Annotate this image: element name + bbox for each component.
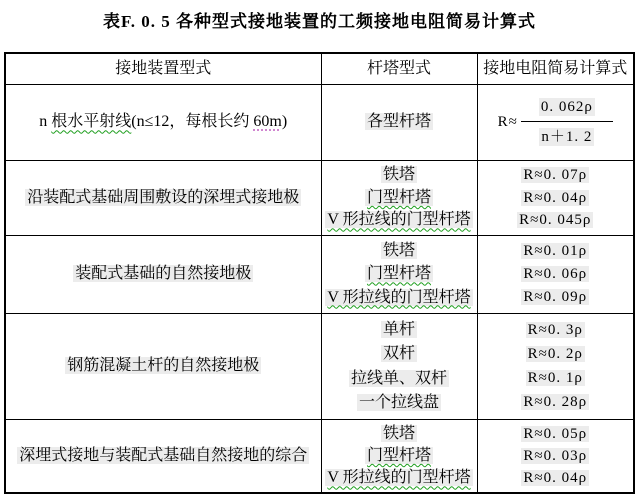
formula-label: R≈0. 3ρ xyxy=(526,322,585,338)
fraction: 0. 062ρn＋1. 2 xyxy=(521,98,613,146)
tower-stack: 各型杆塔 xyxy=(322,86,477,158)
table-row: 深埋式接地与装配式基础自然接地的综合铁塔门型杆塔V 形拉线的门型杆塔R≈0. 0… xyxy=(5,419,634,493)
device-cell: 钢筋混凝土杆的自然接地极 xyxy=(5,313,321,419)
tower-type-line: V 形拉线的门型杆塔 xyxy=(325,288,472,307)
towers-cell: 铁塔门型杆塔V 形拉线的门型杆塔 xyxy=(321,419,477,493)
formula-label: R≈0. 06ρ xyxy=(521,266,589,282)
tower-type-label: 各型杆塔 xyxy=(365,113,433,130)
formula-line: R≈0. 04ρ xyxy=(521,189,589,207)
tower-type-label: 门型杆塔 xyxy=(365,189,433,206)
tower-stack: 单杆双杆拉线单、双杆一个拉线盘 xyxy=(322,315,477,417)
formula-label: R≈0. 28ρ xyxy=(521,394,589,410)
tower-type-label: V 形拉线的门型杆塔 xyxy=(325,211,472,228)
towers-cell: 铁塔门型杆塔V 形拉线的门型杆塔 xyxy=(321,235,477,313)
formula-line: R≈0. 03ρ xyxy=(521,447,589,465)
tower-type-line: 铁塔 xyxy=(381,424,417,443)
towers-cell: 铁塔门型杆塔V 形拉线的门型杆塔 xyxy=(321,160,477,235)
formula-cell: R≈0. 01ρR≈0. 06ρR≈0. 09ρ xyxy=(477,235,634,313)
device-label: ) xyxy=(282,113,287,130)
tower-type-line: 门型杆塔 xyxy=(365,188,433,207)
formula-stack: R≈0. 05ρR≈0. 03ρR≈0. 04ρ xyxy=(478,421,634,491)
tower-type-label: 铁塔 xyxy=(381,242,417,259)
tower-type-label: 单杆 xyxy=(381,321,417,338)
formula-label: R≈0. 05ρ xyxy=(521,426,589,442)
fraction-formula: R≈0. 062ρn＋1. 2 xyxy=(478,98,634,146)
formula-line: R≈0. 3ρ xyxy=(526,321,585,339)
formula-cell: R≈0. 05ρR≈0. 03ρR≈0. 04ρ xyxy=(477,419,634,493)
formula-line: R≈0. 06ρ xyxy=(521,265,589,283)
fraction-bar xyxy=(521,121,613,122)
formula-line: R≈0. 07ρ xyxy=(521,166,589,184)
formula-label: R≈0. 01ρ xyxy=(521,243,589,259)
device-label: 装配式基础的自然接地极 xyxy=(73,265,253,282)
formula-cell: R≈0. 07ρR≈0. 04ρR≈0. 045ρ xyxy=(477,160,634,235)
tower-type-label: 双杆 xyxy=(381,345,417,362)
formula-label: R≈0. 04ρ xyxy=(521,470,589,486)
formula-line: R≈0. 05ρ xyxy=(521,425,589,443)
towers-cell: 单杆双杆拉线单、双杆一个拉线盘 xyxy=(321,313,477,419)
device-cell: n 根水平射线(n≤12，每根长约 60m) xyxy=(5,84,321,160)
tower-type-line: 门型杆塔 xyxy=(365,264,433,283)
tower-stack: 铁塔门型杆塔V 形拉线的门型杆塔 xyxy=(322,162,477,233)
fraction-denominator: n＋1. 2 xyxy=(539,128,594,146)
formula-label: R≈0. 03ρ xyxy=(521,448,589,464)
formula-label: R≈0. 09ρ xyxy=(521,289,589,305)
grounding-resistance-table: 接地装置型式 杆塔型式 接地电阻简易计算式 n 根水平射线(n≤12，每根长约 … xyxy=(4,52,635,494)
column-header-tower-type: 杆塔型式 xyxy=(321,53,477,84)
tower-type-line: V 形拉线的门型杆塔 xyxy=(325,210,472,229)
formula-line: R≈0. 2ρ xyxy=(526,345,585,363)
tower-type-line: 各型杆塔 xyxy=(365,112,433,131)
formula-label: R≈0. 045ρ xyxy=(517,212,593,228)
table-row: n 根水平射线(n≤12，每根长约 60m)各型杆塔R≈0. 062ρn＋1. … xyxy=(5,84,634,160)
formula-stack: R≈0. 07ρR≈0. 04ρR≈0. 045ρ xyxy=(478,162,634,233)
table-row: 装配式基础的自然接地极铁塔门型杆塔V 形拉线的门型杆塔R≈0. 01ρR≈0. … xyxy=(5,235,634,313)
formula-line: R≈0. 01ρ xyxy=(521,242,589,260)
device-label: 根水平射线 xyxy=(51,113,131,130)
tower-type-line: 门型杆塔 xyxy=(365,446,433,465)
formula-cell: R≈0. 3ρR≈0. 2ρR≈0. 1ρR≈0. 28ρ xyxy=(477,313,634,419)
formula-label: R≈0. 07ρ xyxy=(521,167,589,183)
tower-type-line: 铁塔 xyxy=(381,165,417,184)
tower-type-label: 铁塔 xyxy=(381,166,417,183)
tower-type-label: 一个拉线盘 xyxy=(357,394,441,411)
device-label: 沿装配式基础周围敷设的深埋式接地极 xyxy=(25,189,301,206)
device-label: n xyxy=(39,113,51,130)
tower-type-line: V 形拉线的门型杆塔 xyxy=(325,468,472,487)
tower-type-label: V 形拉线的门型杆塔 xyxy=(325,289,472,306)
formula-label: R≈0. 04ρ xyxy=(521,190,589,206)
device-cell: 深埋式接地与装配式基础自然接地的综合 xyxy=(5,419,321,493)
formula-line: R≈0. 09ρ xyxy=(521,288,589,306)
tower-stack: 铁塔门型杆塔V 形拉线的门型杆塔 xyxy=(322,421,477,491)
formula-label: R≈0. 2ρ xyxy=(526,346,585,362)
tower-type-label: 门型杆塔 xyxy=(365,265,433,282)
tower-type-label: V 形拉线的门型杆塔 xyxy=(325,469,472,486)
device-cell: 装配式基础的自然接地极 xyxy=(5,235,321,313)
column-header-formula: 接地电阻简易计算式 xyxy=(477,53,634,84)
formula-cell: R≈0. 062ρn＋1. 2 xyxy=(477,84,634,160)
table-header-row: 接地装置型式 杆塔型式 接地电阻简易计算式 xyxy=(5,53,634,84)
device-label: 钢筋混凝土杆的自然接地极 xyxy=(65,357,261,374)
formula-stack: R≈0. 3ρR≈0. 2ρR≈0. 1ρR≈0. 28ρ xyxy=(478,315,634,417)
tower-type-label: 门型杆塔 xyxy=(365,447,433,464)
table-body: n 根水平射线(n≤12，每根长约 60m)各型杆塔R≈0. 062ρn＋1. … xyxy=(5,84,634,493)
device-cell: 沿装配式基础周围敷设的深埋式接地极 xyxy=(5,160,321,235)
page-title: 表F. 0. 5 各种型式接地装置的工频接地电阻简易计算式 xyxy=(0,7,639,32)
table-row: 沿装配式基础周围敷设的深埋式接地极铁塔门型杆塔V 形拉线的门型杆塔R≈0. 07… xyxy=(5,160,634,235)
formula-line: R≈0. 04ρ xyxy=(521,469,589,487)
tower-type-line: 双杆 xyxy=(381,344,417,363)
tower-type-line: 铁塔 xyxy=(381,241,417,260)
formula-stack: R≈0. 01ρR≈0. 06ρR≈0. 09ρ xyxy=(478,237,634,311)
tower-type-line: 拉线单、双杆 xyxy=(349,369,449,388)
device-label: (n≤12，每根长约 xyxy=(131,113,253,130)
towers-cell: 各型杆塔 xyxy=(321,84,477,160)
table-row: 钢筋混凝土杆的自然接地极单杆双杆拉线单、双杆一个拉线盘R≈0. 3ρR≈0. 2… xyxy=(5,313,634,419)
formula-line: R≈0. 045ρ xyxy=(517,211,593,229)
tower-type-line: 单杆 xyxy=(381,320,417,339)
fraction-numerator: 0. 062ρ xyxy=(539,98,595,116)
tower-stack: 铁塔门型杆塔V 形拉线的门型杆塔 xyxy=(322,237,477,311)
device-label: 60m xyxy=(253,113,281,130)
tower-type-label: 拉线单、双杆 xyxy=(349,370,449,387)
formula-label: R≈0. 1ρ xyxy=(526,370,585,386)
formula-line: R≈0. 1ρ xyxy=(526,369,585,387)
tower-type-label: 铁塔 xyxy=(381,425,417,442)
formula-line: R≈0. 28ρ xyxy=(521,393,589,411)
column-header-device-type: 接地装置型式 xyxy=(5,53,321,84)
device-label: 深埋式接地与装配式基础自然接地的综合 xyxy=(17,447,309,464)
fraction-prefix: R≈ xyxy=(498,113,518,131)
tower-type-line: 一个拉线盘 xyxy=(357,393,441,412)
